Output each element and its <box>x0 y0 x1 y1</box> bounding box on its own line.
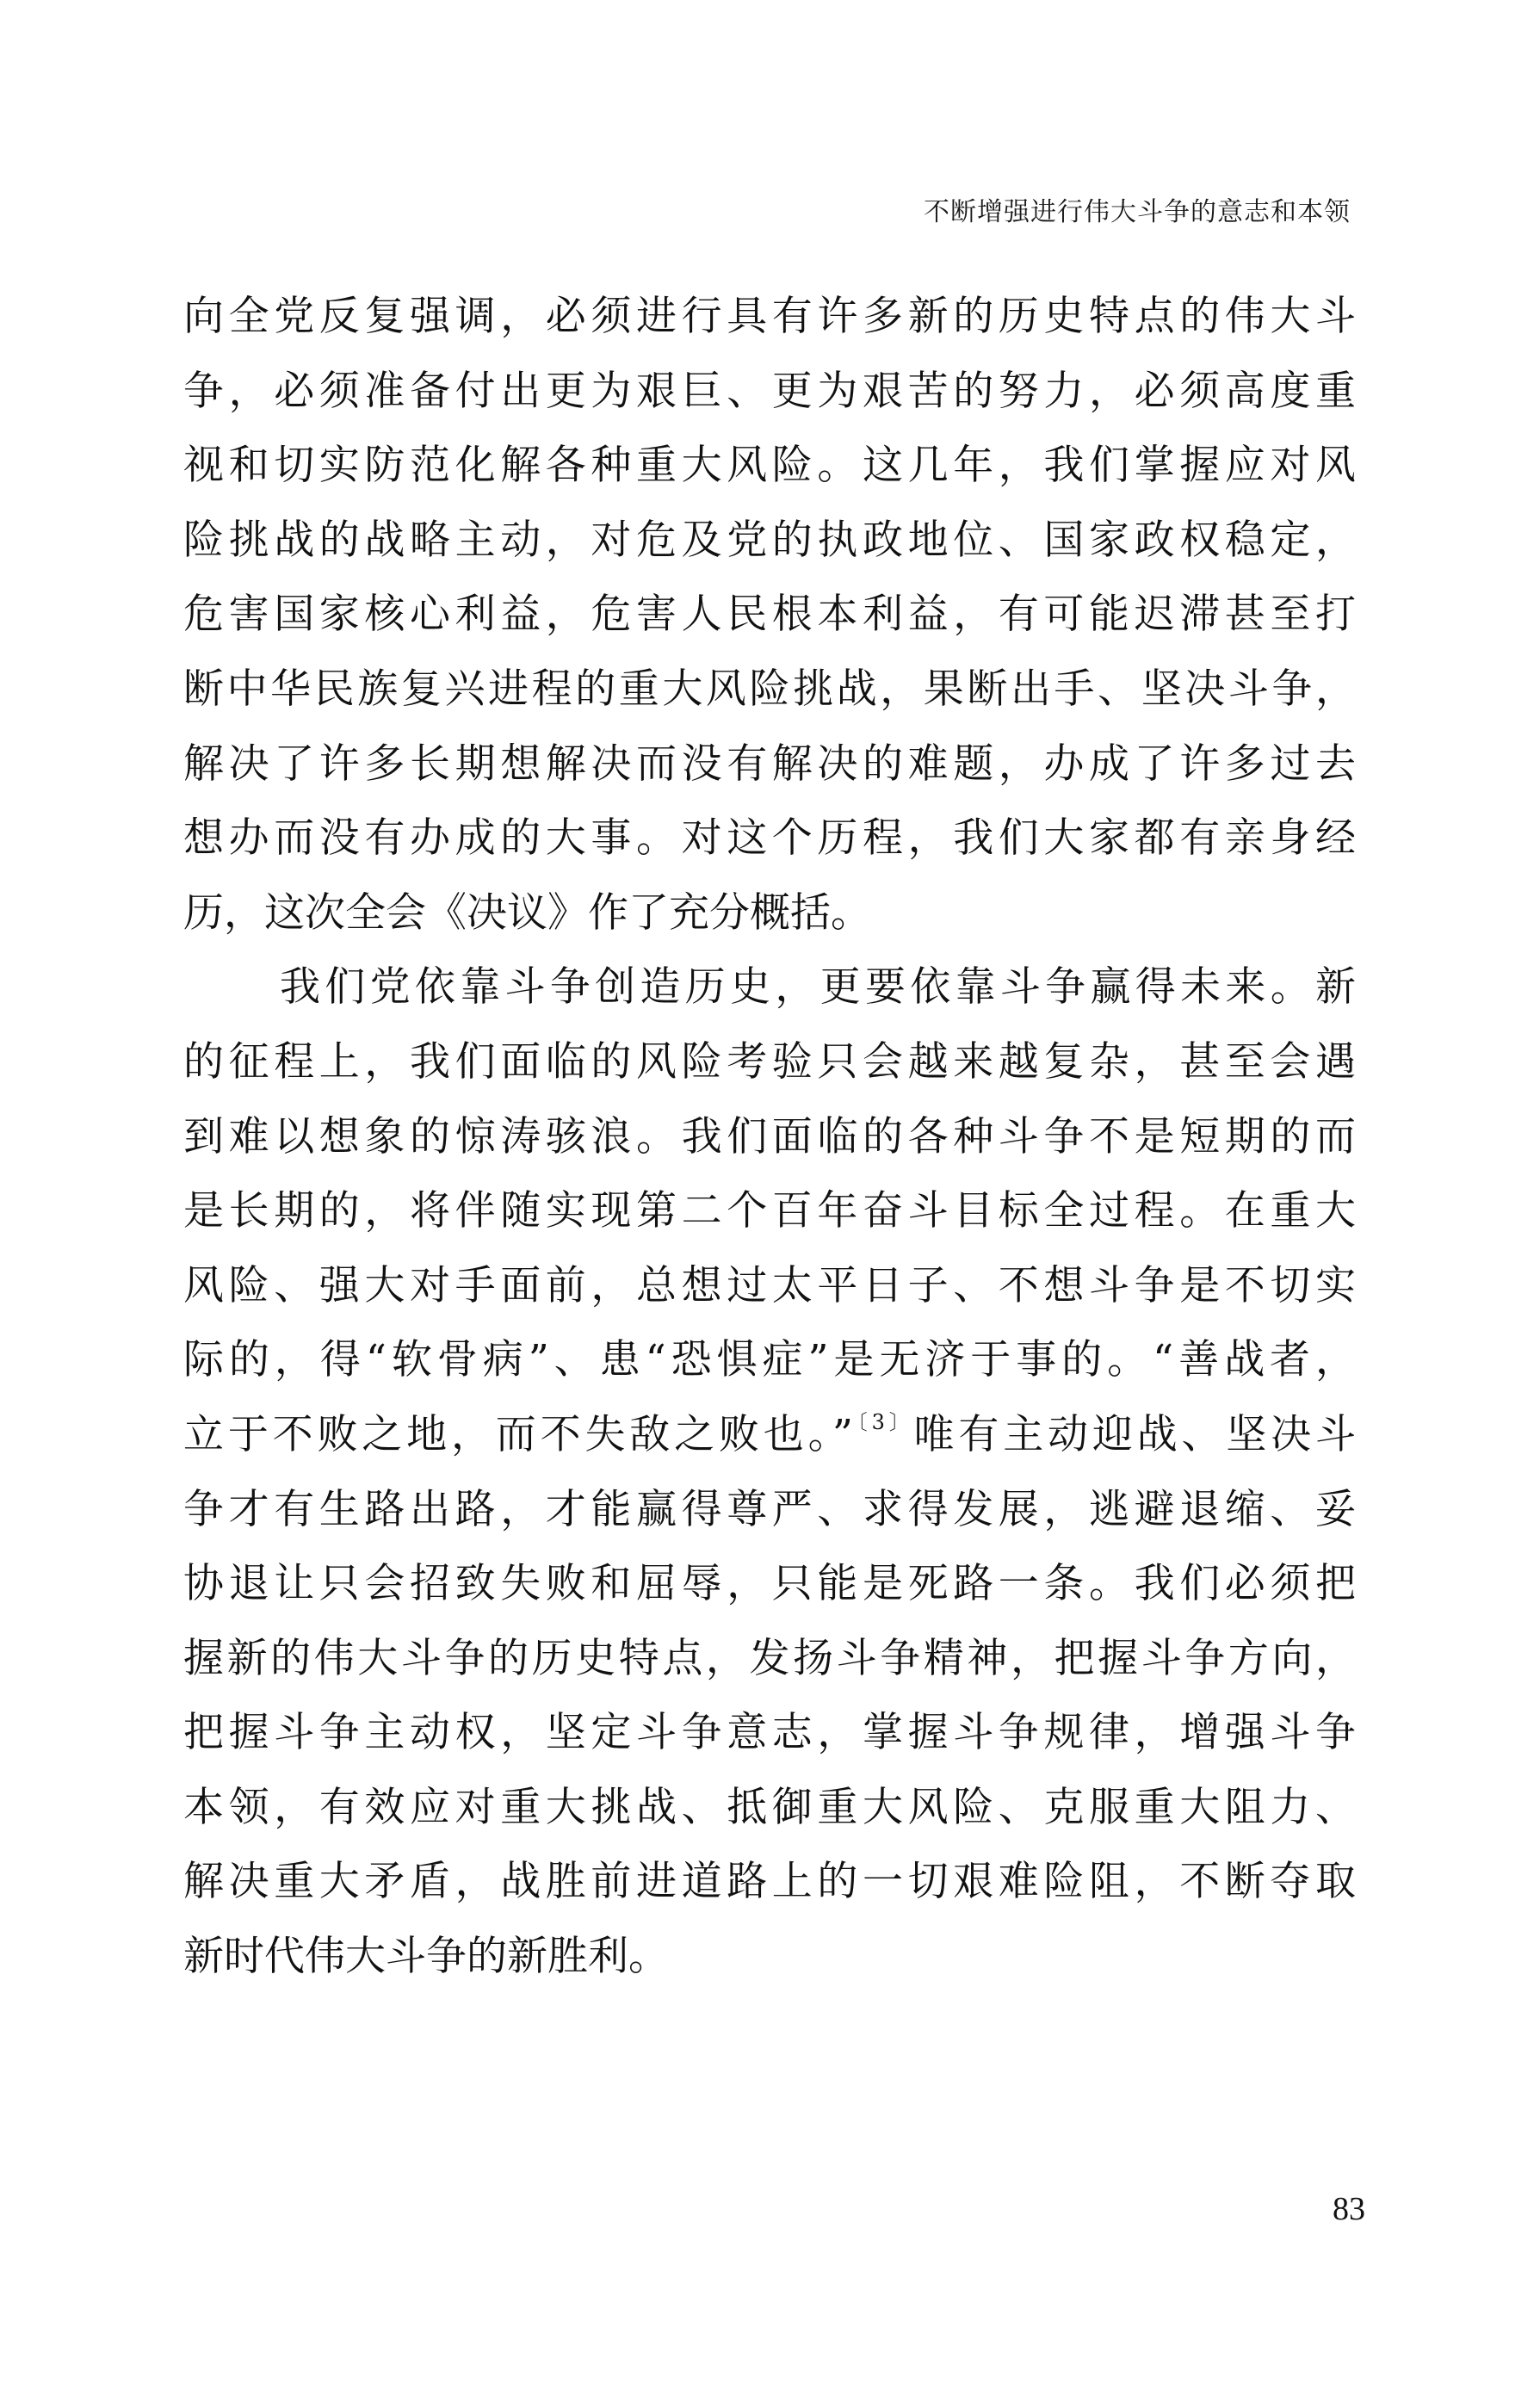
text-line: 解决重大矛盾，战胜前进道路上的一切艰难险阻，不断夺取 <box>183 1845 1356 1920</box>
text-line: 的征程上，我们面临的风险考验只会越来越复杂，甚至会遇 <box>183 1025 1356 1100</box>
body-text: 向全党反复强调，必须进行具有许多新的历史特点的伟大斗 争，必须准备付出更为艰巨、… <box>183 280 1356 1995</box>
continuation-text: 唯有主动迎战、坚决斗 <box>914 1411 1356 1458</box>
text-line: 争，必须准备付出更为艰巨、更为艰苦的努力，必须高度重 <box>183 355 1356 430</box>
text-line: 是长期的，将伴随实现第二个百年奋斗目标全过程。在重大 <box>183 1174 1356 1249</box>
text-line-with-footnote: 立于不败之地，而不失敌之败也。”〔3〕唯有主动迎战、坚决斗 <box>183 1398 1356 1473</box>
text-line: 争才有生路出路，才能赢得尊严、求得发展，逃避退缩、妥 <box>183 1473 1356 1548</box>
footnote-marker[interactable]: 〔3〕 <box>853 1410 914 1434</box>
text-line: 危害国家核心利益，危害人民根本利益，有可能迟滞甚至打 <box>183 578 1356 653</box>
text-line: 握新的伟大斗争的历史特点，发扬斗争精神，把握斗争方向， <box>183 1622 1356 1697</box>
text-line: 想办而没有办成的大事。对这个历程，我们大家都有亲身经 <box>183 801 1356 876</box>
text-line-indented: 我们党依靠斗争创造历史，更要依靠斗争赢得未来。新 <box>183 950 1356 1025</box>
text-line: 际的，得“软骨病”、患“恐惧症”是无济于事的。“善战者， <box>183 1323 1356 1398</box>
running-header: 不断增强进行伟大斗争的意志和本领 <box>924 200 1351 226</box>
text-line: 向全党反复强调，必须进行具有许多新的历史特点的伟大斗 <box>183 280 1356 355</box>
quote-text: 立于不败之地，而不失敌之败也。” <box>183 1411 853 1458</box>
text-line: 险挑战的战略主动，对危及党的执政地位、国家政权稳定， <box>183 504 1356 579</box>
page-number: 83 <box>1333 2190 1365 2228</box>
text-line: 新时代伟大斗争的新胜利。 <box>183 1920 1356 1995</box>
text-line: 把握斗争主动权，坚定斗争意志，掌握斗争规律，增强斗争 <box>183 1696 1356 1771</box>
text-line: 断中华民族复兴进程的重大风险挑战，果断出手、坚决斗争， <box>183 653 1356 727</box>
text-line: 视和切实防范化解各种重大风险。这几年，我们掌握应对风 <box>183 429 1356 504</box>
text-line: 解决了许多长期想解决而没有解决的难题，办成了许多过去 <box>183 727 1356 802</box>
text-line: 本领，有效应对重大挑战、抵御重大风险、克服重大阻力、 <box>183 1771 1356 1846</box>
text-line: 风险、强大对手面前，总想过太平日子、不想斗争是不切实 <box>183 1249 1356 1324</box>
text-line: 历，这次全会《决议》作了充分概括。 <box>183 876 1356 951</box>
text-line: 到难以想象的惊涛骇浪。我们面临的各种斗争不是短期的而 <box>183 1100 1356 1175</box>
text-line: 协退让只会招致失败和屈辱，只能是死路一条。我们必须把 <box>183 1547 1356 1622</box>
